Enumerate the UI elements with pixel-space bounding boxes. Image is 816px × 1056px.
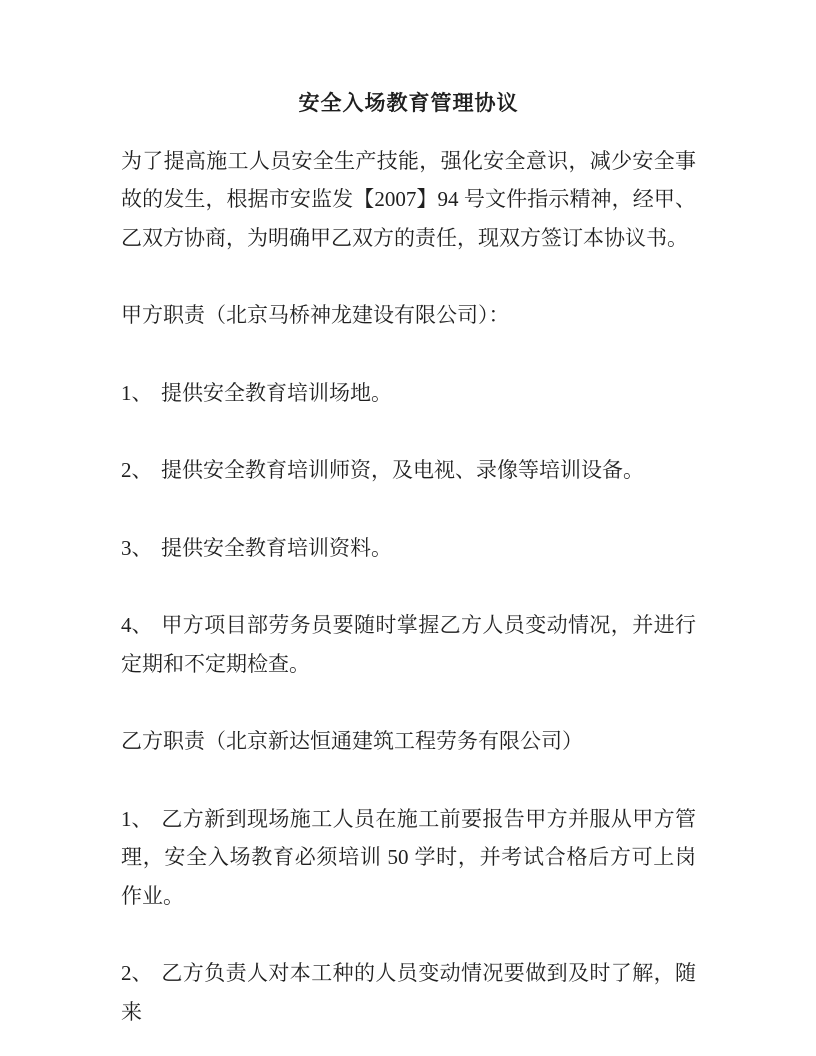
document-title: 安全入场教育管理协议 (121, 84, 696, 123)
item-number: 1、 (121, 800, 161, 839)
item-number: 2、 (121, 451, 161, 490)
item-number: 3、 (121, 529, 161, 568)
party-b-heading: 乙方职责（北京新达恒通建筑工程劳务有限公司） (121, 722, 696, 761)
document-page: 安全入场教育管理协议 为了提高施工人员安全生产技能，强化安全意识，减少安全事故的… (0, 0, 816, 1056)
party-a-item-3: 3、提供安全教育培训资料。 (121, 529, 696, 568)
item-text: 提供安全教育培训师资，及电视、录像等培训设备。 (161, 458, 644, 482)
item-number: 4、 (121, 606, 161, 645)
party-b-item-2: 2、乙方负责人对本工种的人员变动情况要做到及时了解，随来 (121, 954, 696, 1031)
item-text: 提供安全教育培训场地。 (161, 381, 392, 405)
party-a-item-4: 4、甲方项目部劳务员要随时掌握乙方人员变动情况，并进行定期和不定期检查。 (121, 606, 696, 683)
item-text: 乙方新到现场施工人员在施工前要报告甲方并服从甲方管理，安全入场教育必须培训 50… (121, 807, 696, 908)
item-number: 2、 (121, 954, 161, 993)
party-b-item-1: 1、乙方新到现场施工人员在施工前要报告甲方并服从甲方管理，安全入场教育必须培训 … (121, 800, 696, 916)
party-a-heading: 甲方职责（北京马桥神龙建设有限公司）： (121, 296, 696, 335)
item-text: 乙方负责人对本工种的人员变动情况要做到及时了解，随来 (121, 961, 696, 1024)
party-a-item-1: 1、提供安全教育培训场地。 (121, 374, 696, 413)
item-text: 提供安全教育培训资料。 (161, 536, 392, 560)
party-a-item-2: 2、提供安全教育培训师资，及电视、录像等培训设备。 (121, 451, 696, 490)
item-number: 1、 (121, 374, 161, 413)
intro-paragraph: 为了提高施工人员安全生产技能，强化安全意识，减少安全事故的发生，根据市安监发【2… (121, 142, 696, 258)
item-text: 甲方项目部劳务员要随时掌握乙方人员变动情况，并进行定期和不定期检查。 (121, 613, 696, 676)
